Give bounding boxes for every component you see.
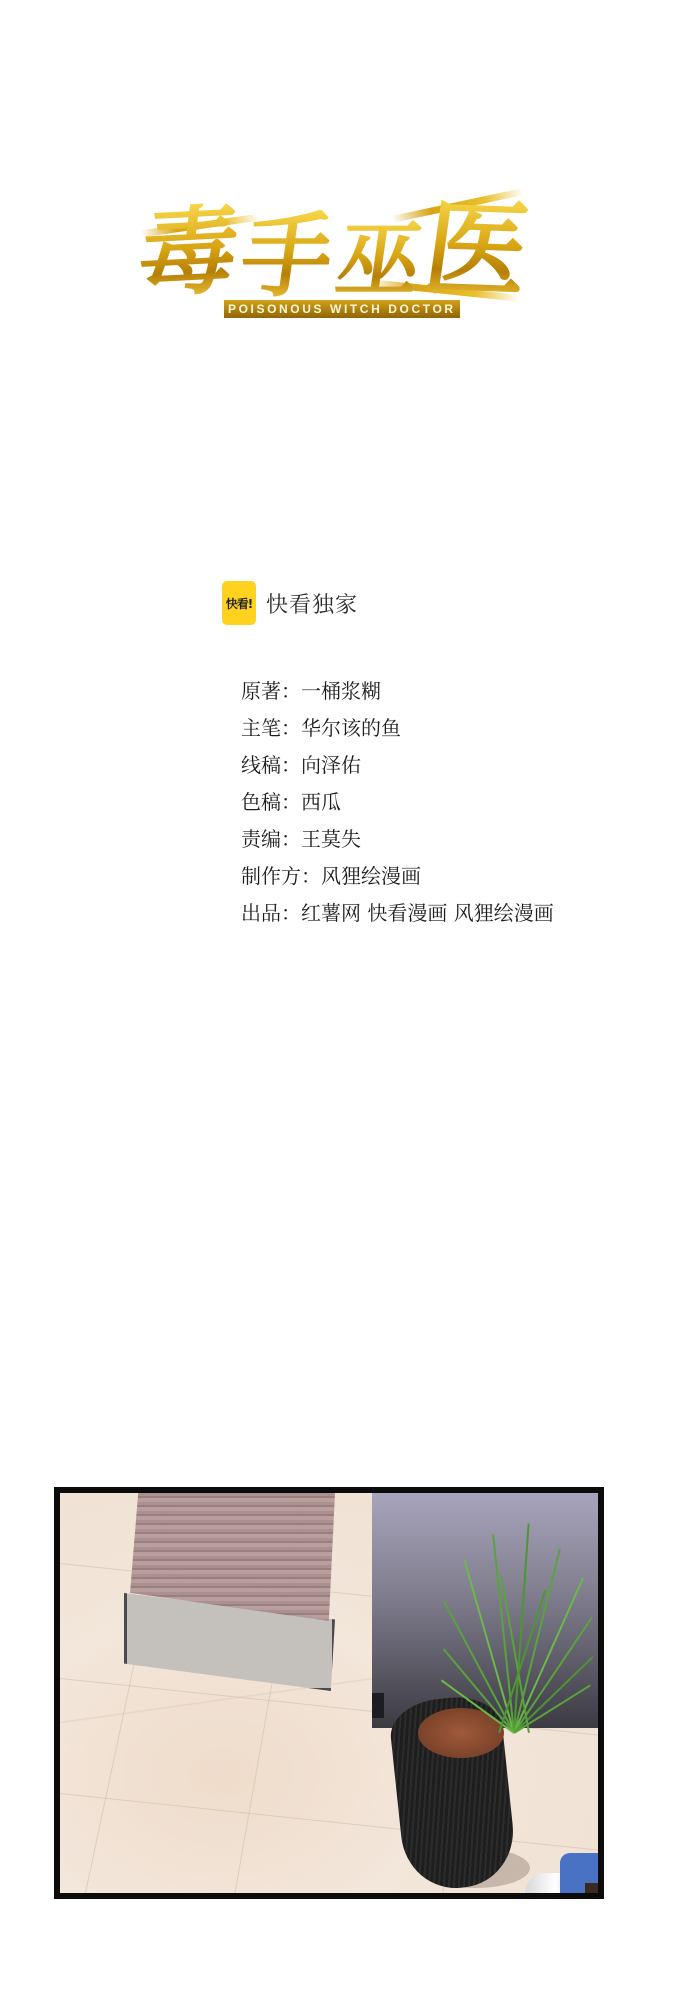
title-english: POISONOUS WITCH DOCTOR <box>224 300 460 318</box>
cabinet <box>585 1883 604 1899</box>
comic-panel <box>54 1487 604 1899</box>
credit-line-art: 线稿：向泽佑 <box>241 752 554 789</box>
comic-title-logo: 毒 手 巫 医 POISONOUS WITCH DOCTOR <box>140 182 525 342</box>
exclusive-banner: 快看! 快看独家 <box>222 580 358 626</box>
sofa-leg <box>372 1693 384 1718</box>
title-chinese: 毒 手 巫 医 <box>140 182 525 302</box>
exclusive-text: 快看独家 <box>266 588 358 619</box>
credit-original-author: 原著：一桶浆糊 <box>241 678 554 715</box>
floor-tile-line <box>60 1793 604 1857</box>
credits-list: 原著：一桶浆糊 主笔：华尔该的鱼 线稿：向泽佑 色稿：西瓜 责编：王莫失 制作方… <box>241 678 554 937</box>
credit-producer: 制作方：风狸绘漫画 <box>241 863 554 900</box>
credit-publisher: 出品：红薯网 快看漫画 风狸绘漫画 <box>241 900 554 937</box>
credit-coloring: 色稿：西瓜 <box>241 789 554 826</box>
title-char: 巫 <box>331 218 423 302</box>
kuaikan-logo-icon: 快看! <box>222 581 256 625</box>
potted-plant <box>438 1503 598 1733</box>
credit-lead-artist: 主笔：华尔该的鱼 <box>241 715 554 752</box>
title-char: 医 <box>418 196 532 303</box>
credit-editor: 责编：王莫失 <box>241 826 554 863</box>
title-char: 手 <box>235 210 336 302</box>
title-char: 毒 <box>134 202 241 305</box>
